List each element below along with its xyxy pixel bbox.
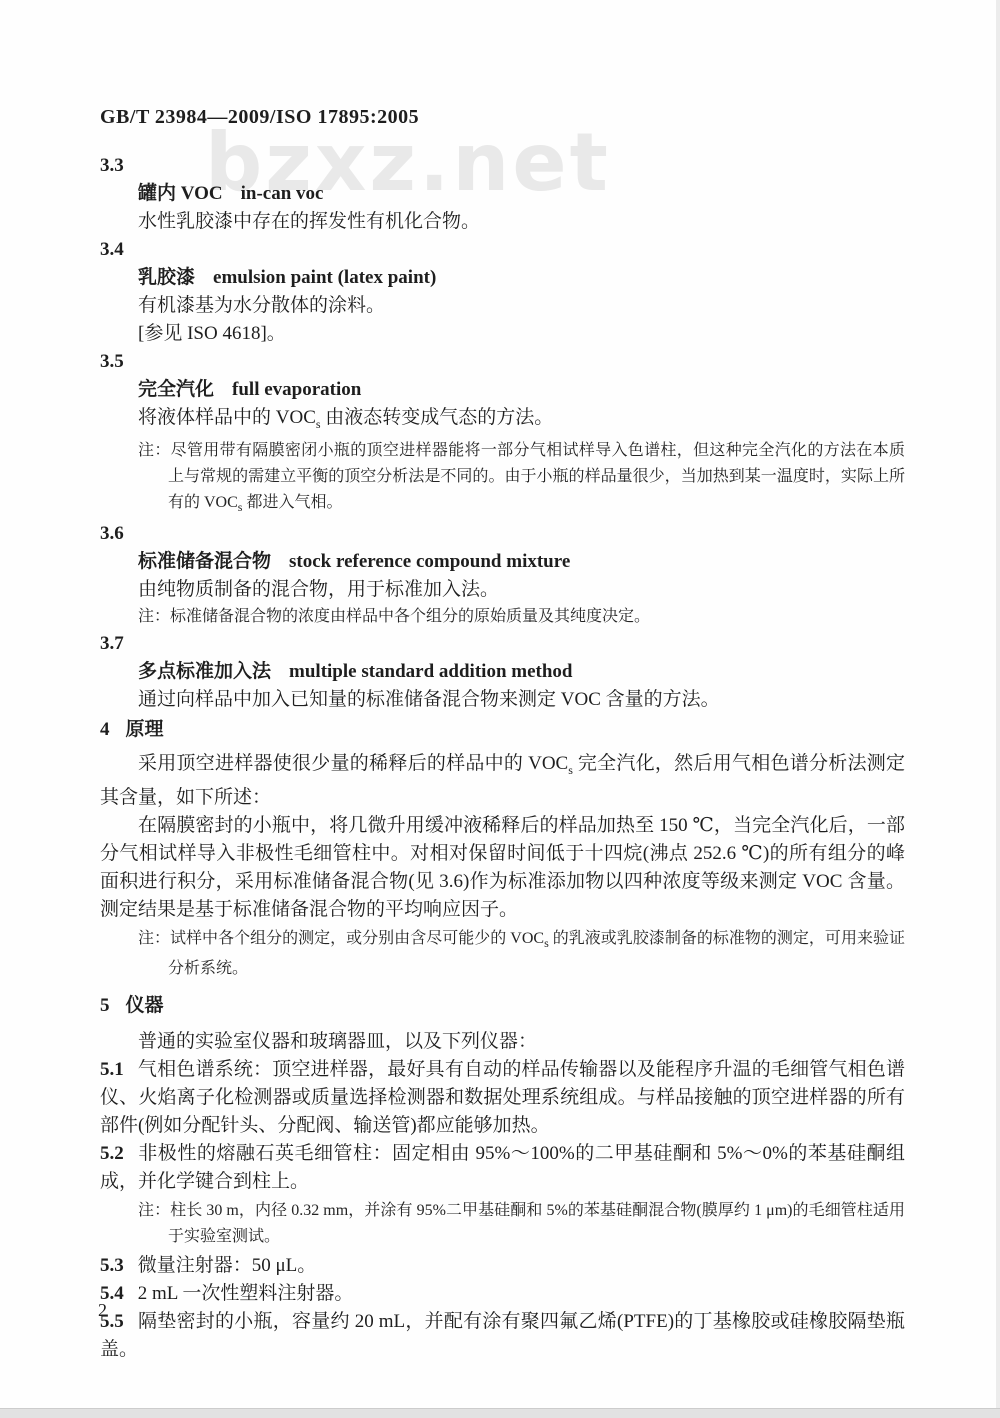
clause-5-3: 5.3微量注射器：50 μL。 [100,1252,905,1280]
term-zh: 标准储备混合物 [138,551,271,572]
item-number: 5.1 [100,1059,124,1080]
note-label: 注： [138,930,170,947]
clause-5-5: 5.5隔垫密封的小瓶，容量约 20 mL，并配有涂有聚四氟乙烯(PTFE)的丁基… [100,1308,905,1364]
clause-5-2: 5.2非极性的熔融石英毛细管柱：固定相由 95%～100%的二甲基硅酮和 5%～… [100,1140,905,1196]
clause-5-1: 5.1气相色谱系统：顶空进样器，最好具有自动的样品传输器以及能程序升温的毛细管气… [100,1056,905,1140]
clause-4-paragraph-2: 在隔膜密封的小瓶中，将几微升用缓冲液稀释后的样品加热至 150 ℃，当完全汽化后… [100,812,905,924]
note-3-5: 注：尽管用带有隔膜密闭小瓶的顶空进样器能将一部分气相试样导入色谱柱，但这种完全汽… [100,438,905,520]
term-en: full evaporation [232,379,361,400]
item-number: 5.2 [100,1143,124,1164]
term-line-3-4: 乳胶漆emulsion paint (latex paint) [100,264,905,292]
clause-number: 5 [100,995,110,1016]
term-line-3-6: 标准储备混合物stock reference compound mixture [100,548,905,576]
clause-4-paragraph-1: 采用顶空进样器使很少量的稀释后的样品中的 VOCs 完全汽化，然后用气相色谱分析… [100,750,905,812]
section-3-6: 3.6 标准储备混合物stock reference compound mixt… [100,520,905,630]
term-line-3-7: 多点标准加入法multiple standard addition method [100,658,905,686]
clause-title: 原理 [126,719,164,740]
definition-text: 通过向样品中加入已知量的标准储备混合物来测定 VOC 含量的方法。 [100,686,905,714]
section-number-3-7: 3.7 [100,630,905,658]
section-3-5: 3.5 完全汽化full evaporation 将液体样品中的 VOCs 由液… [100,348,905,520]
term-en: emulsion paint (latex paint) [213,267,436,288]
term-zh: 完全汽化 [138,379,214,400]
term-line-3-3: 罐内 VOCin-can voc [100,180,905,208]
note-3-6: 注：标准储备混合物的浓度由样品中各个组分的原始质量及其纯度决定。 [100,604,905,630]
scan-edge-bottom [0,1408,1000,1418]
section-number-3-3: 3.3 [100,152,905,180]
scan-edge-right [996,0,1000,1418]
page-number: 2 [98,1300,107,1321]
definition-text: 水性乳胶漆中存在的挥发性有机化合物。 [100,208,905,236]
definition-text: 由纯物质制备的混合物，用于标准加入法。 [100,576,905,604]
scanned-standard-page: bzxz.net GB/T 23984—2009/ISO 17895:2005 … [0,0,1000,1418]
standard-number-header: GB/T 23984—2009/ISO 17895:2005 [100,103,905,131]
term-zh: 罐内 VOC [138,183,223,204]
clause-4-heading: 4原理 [100,716,905,744]
term-en: multiple standard addition method [289,661,572,682]
section-3-4: 3.4 乳胶漆emulsion paint (latex paint) 有机漆基… [100,236,905,348]
term-en: in-can voc [241,183,324,204]
term-en: stock reference compound mixture [289,551,570,572]
clause-5-intro: 普通的实验室仪器和玻璃器皿，以及下列仪器： [100,1028,905,1056]
note-label: 注： [138,1202,170,1219]
clause-5-heading: 5仪器 [100,992,905,1020]
item-number: 5.3 [100,1255,124,1276]
term-zh: 多点标准加入法 [138,661,271,682]
clause-5-4: 5.42 mL 一次性塑料注射器。 [100,1280,905,1308]
term-line-3-5: 完全汽化full evaporation [100,376,905,404]
definition-text: 将液体样品中的 VOCs 由液态转变成气态的方法。 [100,404,905,438]
note-label: 注： [138,442,171,459]
note-clause-4: 注：试样中各个组分的测定，或分别由含尽可能少的 VOCs 的乳液或乳胶漆制备的标… [100,926,905,982]
section-3-3: 3.3 罐内 VOCin-can voc 水性乳胶漆中存在的挥发性有机化合物。 [100,152,905,236]
definition-text: 有机漆基为水分散体的涂料。 [100,292,905,320]
reference-text: [参见 ISO 4618]。 [100,320,905,348]
section-number-3-4: 3.4 [100,236,905,264]
clause-number: 4 [100,719,110,740]
clause-title: 仪器 [126,995,164,1016]
note-clause-5-2: 注：柱长 30 m，内径 0.32 mm，并涂有 95%二甲基硅酮和 5%的苯基… [100,1198,905,1250]
section-number-3-5: 3.5 [100,348,905,376]
page-content: GB/T 23984—2009/ISO 17895:2005 3.3 罐内 VO… [0,0,1000,1364]
note-label: 注： [138,608,170,625]
term-zh: 乳胶漆 [138,267,195,288]
section-number-3-6: 3.6 [100,520,905,548]
section-3-7: 3.7 多点标准加入法multiple standard addition me… [100,630,905,714]
